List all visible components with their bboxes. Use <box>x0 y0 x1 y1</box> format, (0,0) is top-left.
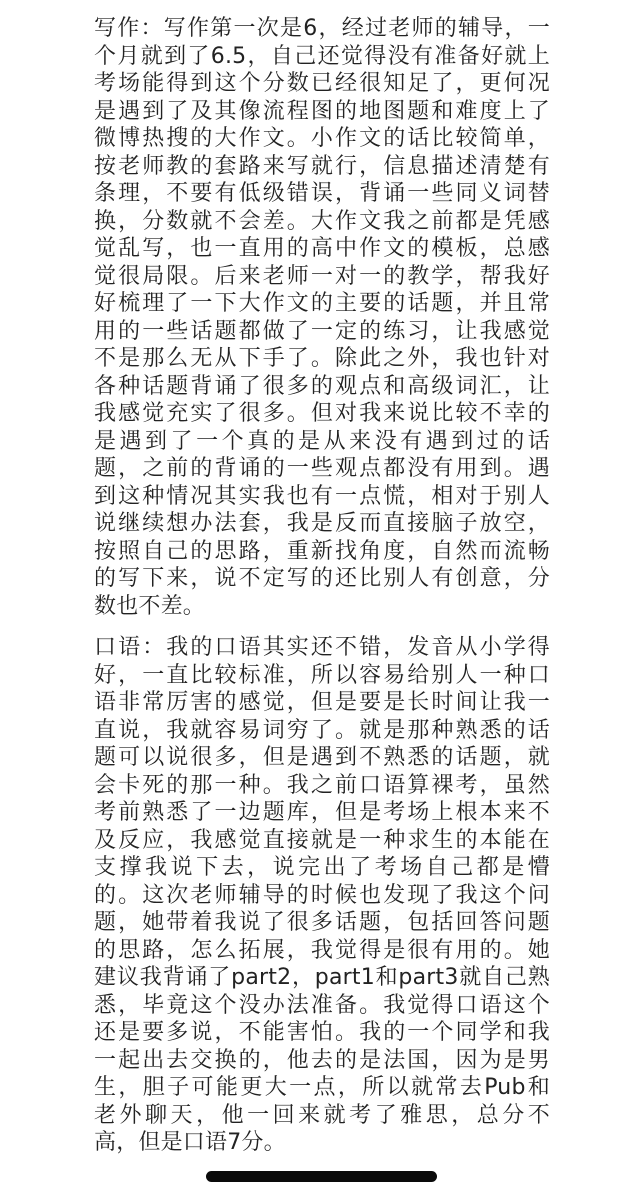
text-line: 会卡死的那一种。我之前口语算裸考，虽然 <box>94 772 550 800</box>
text-line: 题，之前的背诵的一些观点都没有用到。遇 <box>94 455 550 483</box>
text-line: 语非常厉害的感觉，但是要是长时间让我一 <box>94 689 550 717</box>
paragraph-writing: 写作：写作第一次是6，经过老师的辅导，一个月就到了6.5，自己还觉得没有准备好就… <box>94 15 550 620</box>
text-line: 微博热搜的大作文。小作文的话比较简单， <box>94 125 550 153</box>
text-line: 考场能得到这个分数已经很知足了，更何况 <box>94 70 550 98</box>
text-line: 觉乱写，也一直用的高中作文的模板，总感 <box>94 235 550 263</box>
text-line: 好梳理了一下大作文的主要的话题，并且常 <box>94 290 550 318</box>
text-line: 题可以说很多，但是遇到不熟悉的话题，就 <box>94 744 550 772</box>
text-line: 高，但是口语7分。 <box>94 1129 550 1157</box>
text-line: 直说，我就容易词穷了。就是那种熟悉的话 <box>94 717 550 745</box>
text-line: 口语：我的口语其实还不错，发音从小学得 <box>94 634 550 662</box>
text-line: 到这种情况其实我也有一点慌，相对于别人 <box>94 483 550 511</box>
text-line: 悉，毕竟这个没办法准备。我觉得口语这个 <box>94 992 550 1020</box>
text-line: 写作：写作第一次是6，经过老师的辅导，一 <box>94 15 550 43</box>
document-body: 写作：写作第一次是6，经过老师的辅导，一个月就到了6.5，自己还觉得没有准备好就… <box>94 15 550 1157</box>
text-line: 按照自己的思路，重新找角度，自然而流畅 <box>94 538 550 566</box>
text-line: 是遇到了一个真的是从来没有遇到过的话 <box>94 428 550 456</box>
text-line: 说继续想办法套，我是反而直接脑子放空， <box>94 510 550 538</box>
paragraph-speaking: 口语：我的口语其实还不错，发音从小学得好，一直比较标准，所以容易给别人一种口语非… <box>94 634 550 1157</box>
text-line: 我感觉充实了很多。但对我来说比较不幸的 <box>94 400 550 428</box>
text-line: 好，一直比较标准，所以容易给别人一种口 <box>94 662 550 690</box>
text-line: 数也不差。 <box>94 593 550 621</box>
text-line: 及反应，我感觉直接就是一种求生的本能在 <box>94 827 550 855</box>
text-line: 各种话题背诵了很多的观点和高级词汇，让 <box>94 373 550 401</box>
page: 写作：写作第一次是6，经过老师的辅导，一个月就到了6.5，自己还觉得没有准备好就… <box>0 0 640 1194</box>
text-line: 个月就到了6.5，自己还觉得没有准备好就上 <box>94 43 550 71</box>
text-line: 用的一些话题都做了一定的练习，让我感觉 <box>94 318 550 346</box>
text-line: 换，分数就不会差。大作文我之前都是凭感 <box>94 208 550 236</box>
text-line: 题，她带着我说了很多话题，包括回答问题 <box>94 909 550 937</box>
text-line: 的写下来，说不定写的还比别人有创意，分 <box>94 565 550 593</box>
text-line: 考前熟悉了一边题库，但是考场上根本来不 <box>94 799 550 827</box>
text-line: 支撑我说下去，说完出了考场自己都是懵 <box>94 854 550 882</box>
text-line: 的。这次老师辅导的时候也发现了我这个问 <box>94 882 550 910</box>
text-line: 老外聊天，他一回来就考了雅思，总分不 <box>94 1102 550 1130</box>
text-line: 的思路，怎么拓展，我觉得是很有用的。她 <box>94 937 550 965</box>
text-line: 按老师教的套路来写就行，信息描述清楚有 <box>94 153 550 181</box>
text-line: 生，胆子可能更大一点，所以就常去Pub和 <box>94 1074 550 1102</box>
text-line: 不是那么无从下手了。除此之外，我也针对 <box>94 345 550 373</box>
text-line: 觉很局限。后来老师一对一的教学，帮我好 <box>94 263 550 291</box>
text-line: 一起出去交换的，他去的是法国，因为是男 <box>94 1047 550 1075</box>
home-indicator-bar <box>206 1171 437 1182</box>
text-line: 还是要多说，不能害怕。我的一个同学和我 <box>94 1019 550 1047</box>
text-line: 建议我背诵了part2，part1和part3就自己熟 <box>94 964 550 992</box>
text-line: 条理，不要有低级错误，背诵一些同义词替 <box>94 180 550 208</box>
text-line: 是遇到了及其像流程图的地图题和难度上了 <box>94 98 550 126</box>
